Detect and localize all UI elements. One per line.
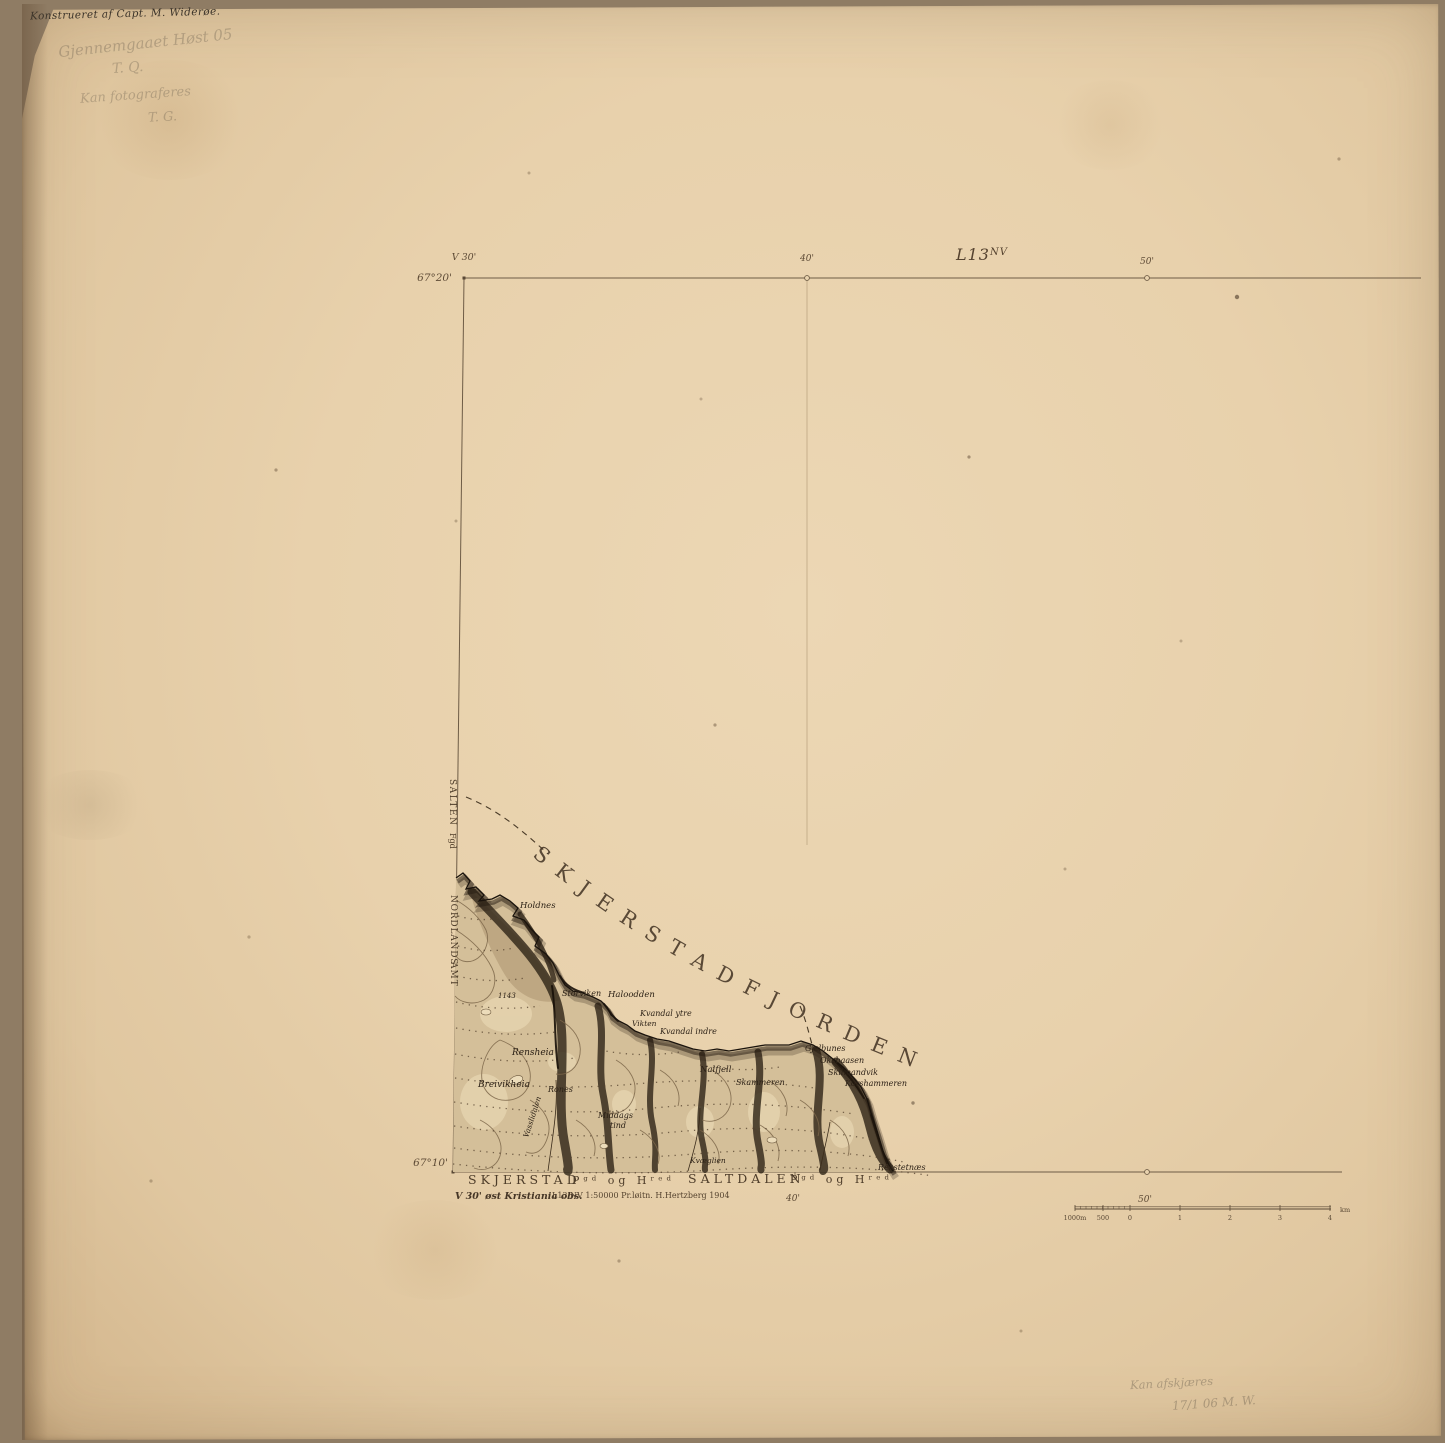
place-label: Korshammeren [844,1079,907,1088]
longitude-label-top-right: 50' [1140,257,1154,267]
place-label: Kvandal ytre [639,1009,692,1018]
longitude-label-bottom-mid: 40' [785,1194,800,1204]
latitude-label-bottom: 67°10' [413,1157,448,1169]
scale-bar-label: 3 [1278,1214,1282,1222]
place-label: Breivikheia [477,1080,530,1090]
scale-bar-unit: km [1340,1206,1350,1214]
place-label: Rones [547,1085,573,1094]
map-svg: SKJERSTADFJORDEN 67°20' 67°10' V 30' 40'… [0,0,1445,1443]
scale-bar: 1000m50001234km [1064,1205,1350,1222]
place-label: Vikten [632,1019,657,1028]
place-label: 1143 [498,992,516,1000]
longitude-label-top-left: V 30' [452,252,477,263]
scale-bar-label: 0 [1128,1214,1132,1222]
place-label: Nalfjell [699,1065,732,1075]
scale-bar-label: 2 [1228,1214,1232,1222]
scale-bar-label: 1 [1178,1214,1182,1222]
margin-label-amt: AMT [448,961,458,987]
place-label: tind [610,1121,626,1130]
latitude-label-top: 67°20' [417,272,452,284]
place-label: Kvæglien [689,1156,726,1165]
margin-label-nordlands: NORDLANDS [448,895,458,965]
margin-label-salten: SALTEN [447,779,457,826]
longitude-label-bottom-right: 50' [1138,1195,1152,1205]
place-label: Skilmandvik [828,1068,878,1077]
scale-bar-label: 4 [1328,1214,1332,1222]
place-label: Holdnes [519,901,556,911]
place-label: Oksbaasen [820,1056,864,1065]
district-skjerstad-suffix: Pᵍᵈ og Hʳᵉᵈ [572,1174,675,1187]
district-saltdalen: SALTDALEN [688,1171,805,1186]
place-label: Gjelbunes [805,1044,845,1053]
place-label: Haloodden [607,990,655,1000]
district-saltdalen-suffix: Pᵍᵈ og Hʳᵉᵈ [790,1173,893,1186]
imprint-scale-author: L13 NV 1:50000 Pr.løitn. H.Hertzberg 190… [552,1191,730,1200]
place-label: Rensheia [511,1048,554,1058]
margin-label-fgd: Fgd [448,833,457,849]
scale-bar-label: 500 [1097,1214,1109,1222]
district-skjerstad: SKJERSTAD [468,1172,581,1187]
place-label: Kvandal indre [659,1027,717,1036]
place-label: Storviken [562,989,601,998]
longitude-label-top-mid: 40' [799,254,814,264]
place-label: Rekstetnæs [877,1163,926,1172]
place-label: Skammeren [736,1078,785,1087]
place-label: Middags [597,1111,633,1120]
sheet-designation: L13NV [955,245,1009,264]
scale-bar-label: 1000m [1064,1214,1087,1222]
